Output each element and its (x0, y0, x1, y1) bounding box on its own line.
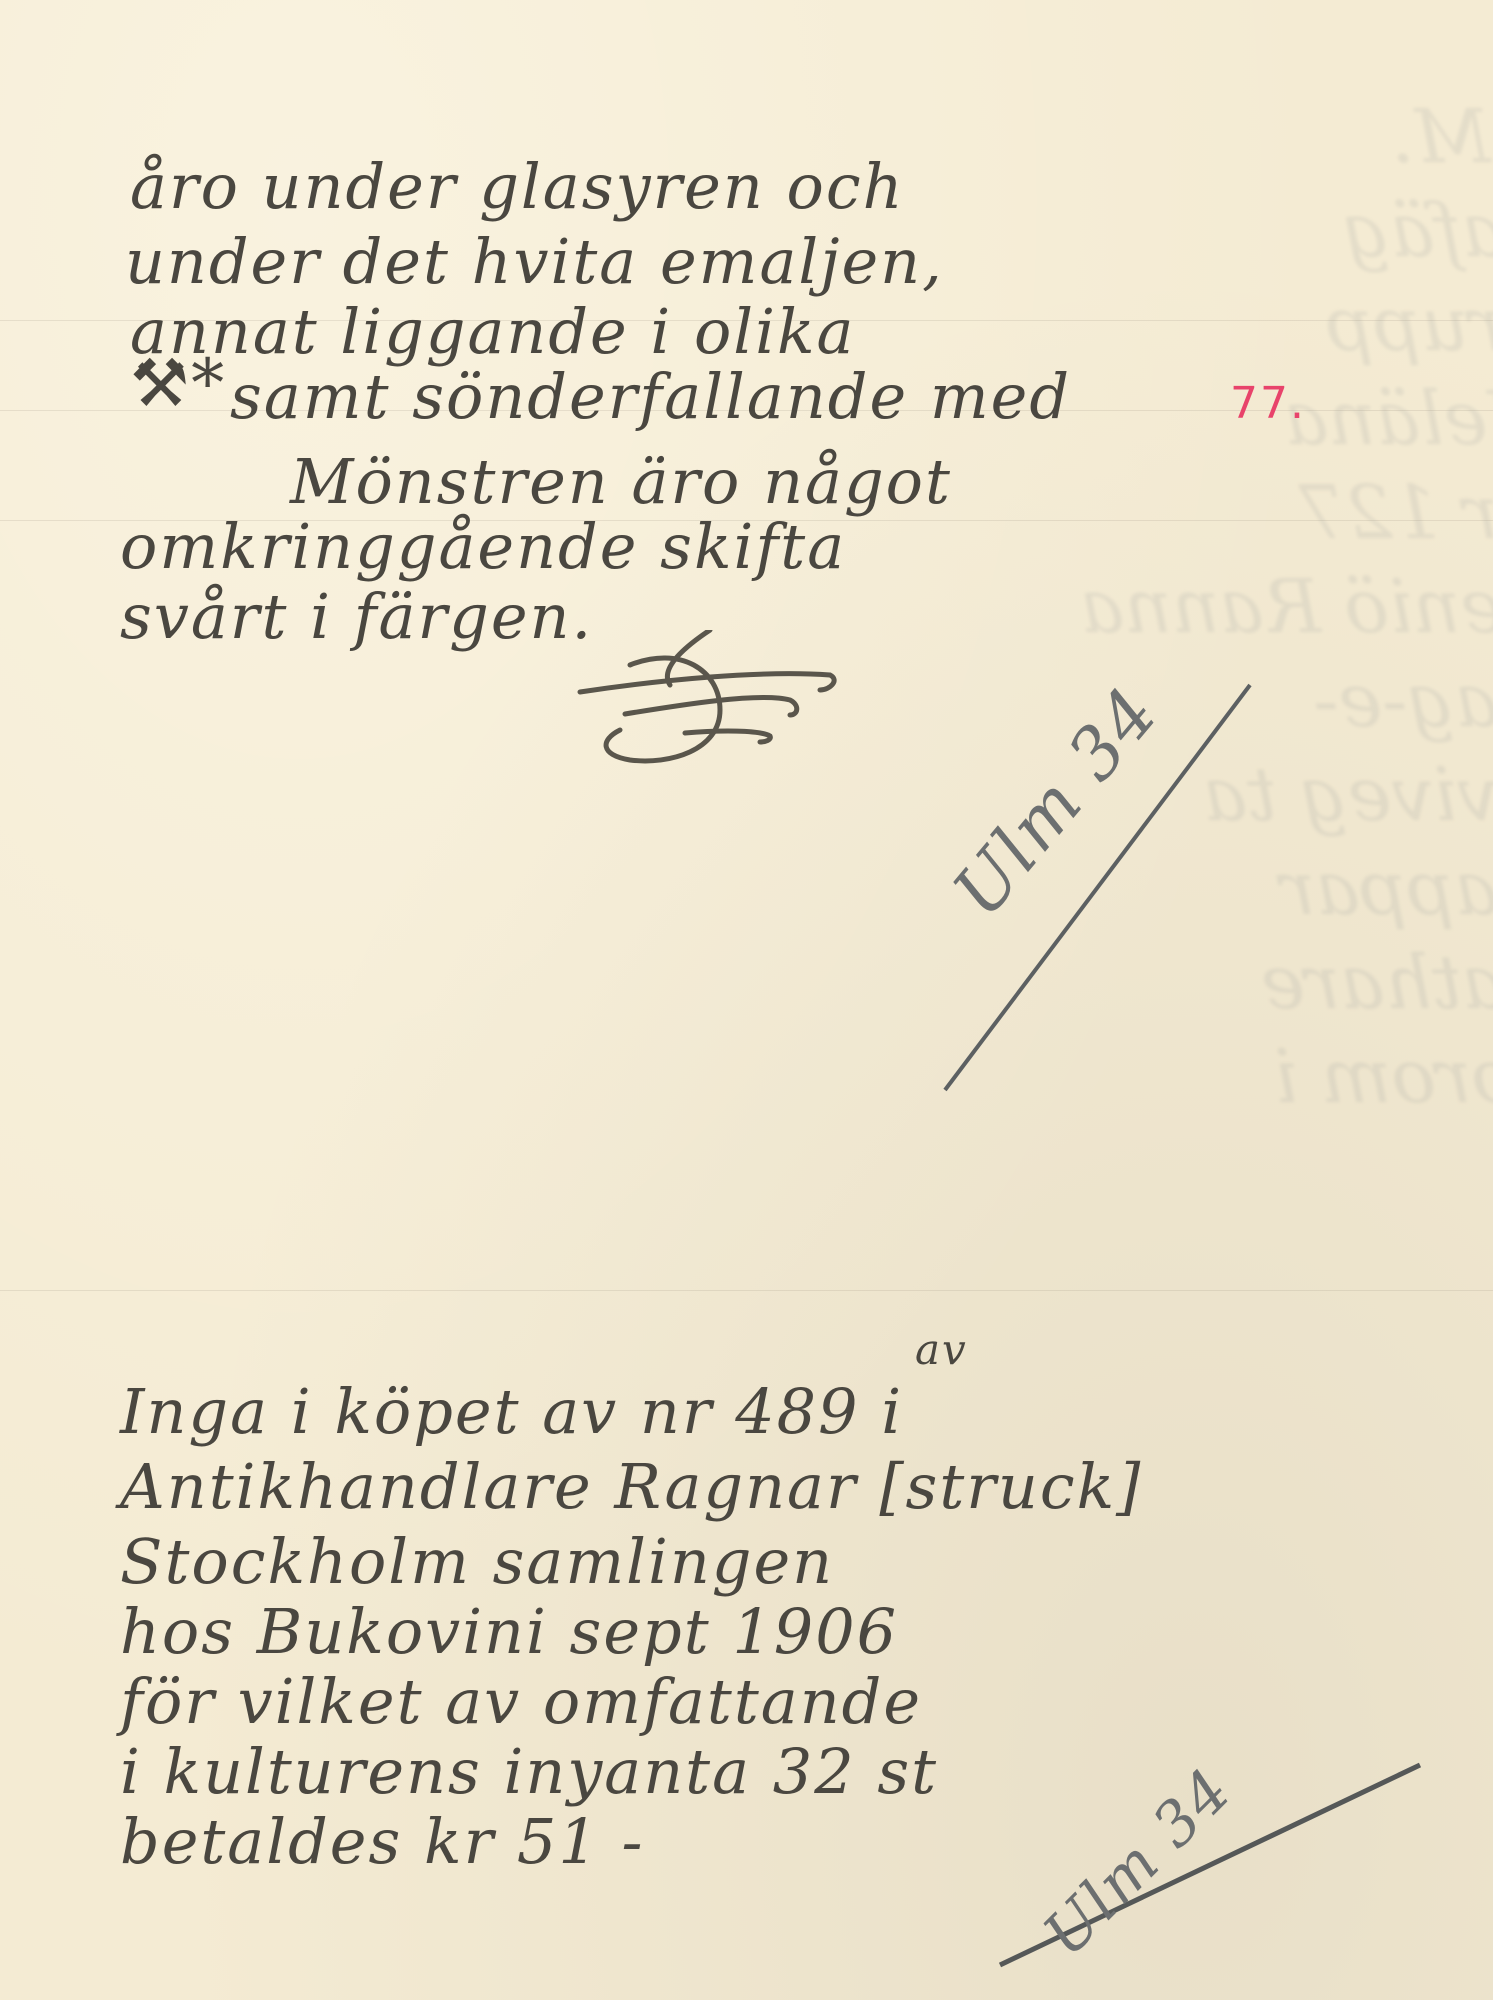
margin-mark-icon: ⚒* (130, 345, 226, 422)
text-line-b1: Inga i köpet av nr 489 i (120, 1375, 903, 1448)
text-line-5: Mönstren äro något (290, 445, 952, 518)
insertion-above: av (915, 1325, 968, 1374)
text-line-b2: Antikhandlare Ragnar [struck] (120, 1450, 1142, 1523)
page-number-stamp: 77. (1230, 378, 1306, 429)
text-line-b3: Stockholm samlingen (120, 1525, 834, 1598)
text-line-3: annat liggande i olika (130, 295, 856, 368)
text-line-1: åro under glasyren och (130, 150, 905, 223)
signature-flourish-icon (560, 630, 860, 770)
text-line-7: svårt i färgen. (120, 580, 593, 653)
text-line-2: under det hvita emaljen, (125, 225, 944, 298)
text-line-b7: betaldes kr 51 - (120, 1805, 644, 1878)
text-line-b4: hos Bukovini sept 1906 (120, 1595, 898, 1668)
text-line-6: omkringgående skifta (120, 510, 846, 583)
text-line-4: samt sönderfallande med (230, 360, 1071, 433)
text-line-b5: för vilket av omfattande (120, 1665, 922, 1738)
text-line-b6: i kulturens inyanta 32 st (120, 1735, 938, 1808)
ruled-line (0, 1290, 1493, 1291)
